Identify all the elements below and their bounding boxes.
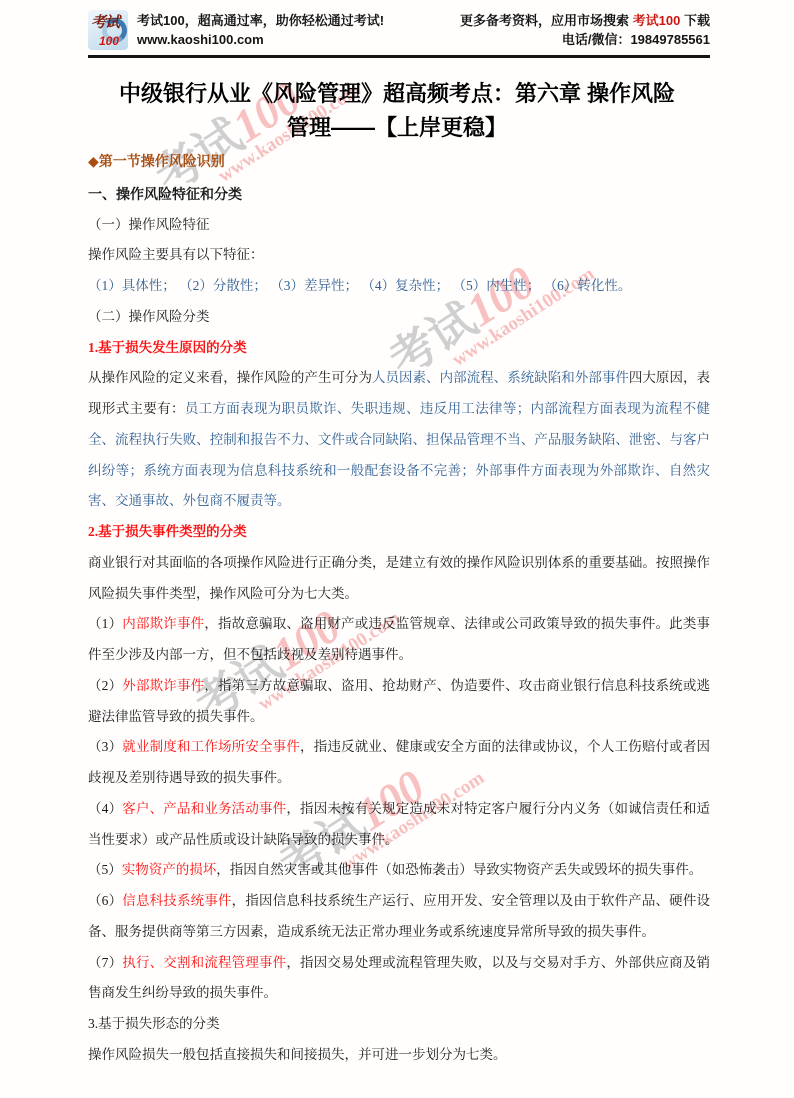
page-header: 考试 100 考试100，超高通过率，助你轻松通过考试! www.kaoshi1… (88, 8, 710, 58)
text-run: 外部欺诈事件 (122, 678, 204, 693)
header-left: 考试 100 考试100，超高通过率，助你轻松通过考试! www.kaoshi1… (88, 10, 384, 50)
promo-suffix: 下载 (680, 13, 710, 28)
text-run: ◆第一节操作风险识别 (88, 155, 225, 170)
heading-characteristics-and-classification: 一、操作风险特征和分类 (88, 179, 710, 210)
heading-by-event-type: 2.基于损失事件类型的分类 (88, 517, 710, 548)
para-event-type-2: （2）外部欺诈事件，指第三方故意骗取、盗用、抢劫财产、伪造要件、攻击商业银行信息… (88, 671, 710, 733)
para-by-event-type-intro: 商业银行对其面临的各项操作风险进行正确分类，是建立有效的操作风险识别体系的重要基… (88, 548, 710, 610)
logo-text-cn: 考试 (91, 11, 119, 32)
promo-brand: 考试100 (633, 13, 681, 28)
text-run: 3.基于损失形态的分类 (88, 1016, 220, 1031)
document-body: ◆第一节操作风险识别一、操作风险特征和分类（一）操作风险特征操作风险主要具有以下… (88, 148, 710, 1071)
text-run: 信息科技系统事件 (122, 893, 231, 908)
text-run: 内部欺诈事件 (122, 616, 204, 631)
header-slogan: 考试100，超高通过率，助你轻松通过考试! (137, 11, 384, 30)
text-run: 客户、产品和业务活动事件 (122, 801, 286, 816)
text-run: 就业制度和工作场所安全事件 (122, 739, 300, 754)
text-run: 操作风险损失一般包括直接损失和间接损失，并可进一步划分为七类。 (88, 1047, 507, 1062)
text-run: 2.基于损失事件类型的分类 (88, 524, 247, 539)
text-run: ，指因自然灾害或其他事件（如恐怖袭击）导致实物资产丢失或毁坏的损失事件。 (216, 862, 702, 877)
text-run: （3） (88, 739, 122, 754)
heading-by-loss-form: 3.基于损失形态的分类 (88, 1009, 710, 1040)
document-title-line1: 中级银行从业《风险管理》超高频考点：第六章 操作风险 (40, 77, 754, 111)
text-run: 操作风险主要具有以下特征： (88, 247, 264, 262)
text-run: 人员因素、内部流程、系统缺陷和外部事件 (372, 370, 629, 385)
para-event-type-1: （1）内部欺诈事件，指故意骗取、盗用财产或违反监管规章、法律或公司政策导致的损失… (88, 609, 710, 671)
text-run: 执行、交割和流程管理事件 (122, 955, 286, 970)
document-title: 中级银行从业《风险管理》超高频考点：第六章 操作风险 管理——【上岸更稳】 (40, 77, 754, 145)
text-run: （4） (88, 801, 122, 816)
text-run: （5） (88, 862, 122, 877)
text-run: （二）操作风险分类 (88, 309, 210, 324)
text-run: 员工方面表现为职员欺诈、失职违规、违反用工法律等；内部流程方面表现为流程不健全、… (88, 401, 710, 508)
subheading-classification: （二）操作风险分类 (88, 302, 710, 333)
header-website: www.kaoshi100.com (137, 30, 384, 49)
header-texts: 考试100，超高通过率，助你轻松通过考试! www.kaoshi100.com (137, 11, 384, 49)
text-run: 1.基于损失发生原因的分类 (88, 340, 247, 355)
text-run: 一、操作风险特征和分类 (88, 186, 242, 202)
para-event-type-4: （4）客户、产品和业务活动事件，指因未按有关规定造成未对特定客户履行分内义务（如… (88, 794, 710, 856)
text-run: （1） (88, 616, 122, 631)
text-run: （2） (88, 678, 122, 693)
para-event-type-5: （5）实物资产的损坏，指因自然灾害或其他事件（如恐怖袭击）导致实物资产丢失或毁坏… (88, 855, 710, 886)
text-run: 从操作风险的定义来看，操作风险的产生可分为 (88, 370, 372, 385)
subheading-characteristics: （一）操作风险特征 (88, 210, 710, 241)
section-1-heading: ◆第一节操作风险识别 (88, 148, 710, 179)
para-event-type-6: （6）信息科技系统事件，指因信息科技系统生产运行、应用开发、安全管理以及由于软件… (88, 886, 710, 948)
text-run: （6） (88, 893, 122, 908)
text-run: （7） (88, 955, 122, 970)
para-characteristics-list: （1）具体性； （2）分散性； （3）差异性； （4）复杂性； （5）内生性； … (88, 271, 710, 302)
document-page: 考试100 www.kaoshi100.com 考试100 www.kaoshi… (0, 0, 794, 1098)
header-promo: 更多备考资料，应用市场搜索 考试100 下载 (460, 11, 710, 30)
text-run: 商业银行对其面临的各项操作风险进行正确分类，是建立有效的操作风险识别体系的重要基… (88, 555, 710, 601)
para-characteristics-intro: 操作风险主要具有以下特征： (88, 240, 710, 271)
text-run: （一）操作风险特征 (88, 217, 210, 232)
para-event-type-7: （7）执行、交割和流程管理事件，指因交易处理或流程管理失败，以及与交易对手方、外… (88, 948, 710, 1010)
document-title-line2: 管理——【上岸更稳】 (40, 111, 754, 145)
header-right: 更多备考资料，应用市场搜索 考试100 下载 电话/微信：19849785561 (460, 11, 710, 49)
heading-by-loss-cause: 1.基于损失发生原因的分类 (88, 333, 710, 364)
para-by-loss-form: 操作风险损失一般包括直接损失和间接损失，并可进一步划分为七类。 (88, 1040, 710, 1071)
para-event-type-3: （3）就业制度和工作场所安全事件，指违反就业、健康或安全方面的法律或协议，个人工… (88, 732, 710, 794)
para-by-loss-cause: 从操作风险的定义来看，操作风险的产生可分为人员因素、内部流程、系统缺陷和外部事件… (88, 363, 710, 517)
header-contact: 电话/微信：19849785561 (460, 30, 710, 49)
text-run: （1）具体性； （2）分散性； （3）差异性； （4）复杂性； （5）内生性； … (88, 278, 631, 293)
logo-text-num: 100 (99, 34, 119, 48)
text-run: 实物资产的损坏 (122, 862, 217, 877)
promo-prefix: 更多备考资料，应用市场搜索 (460, 13, 633, 28)
kaoshi100-logo-icon: 考试 100 (88, 10, 128, 50)
